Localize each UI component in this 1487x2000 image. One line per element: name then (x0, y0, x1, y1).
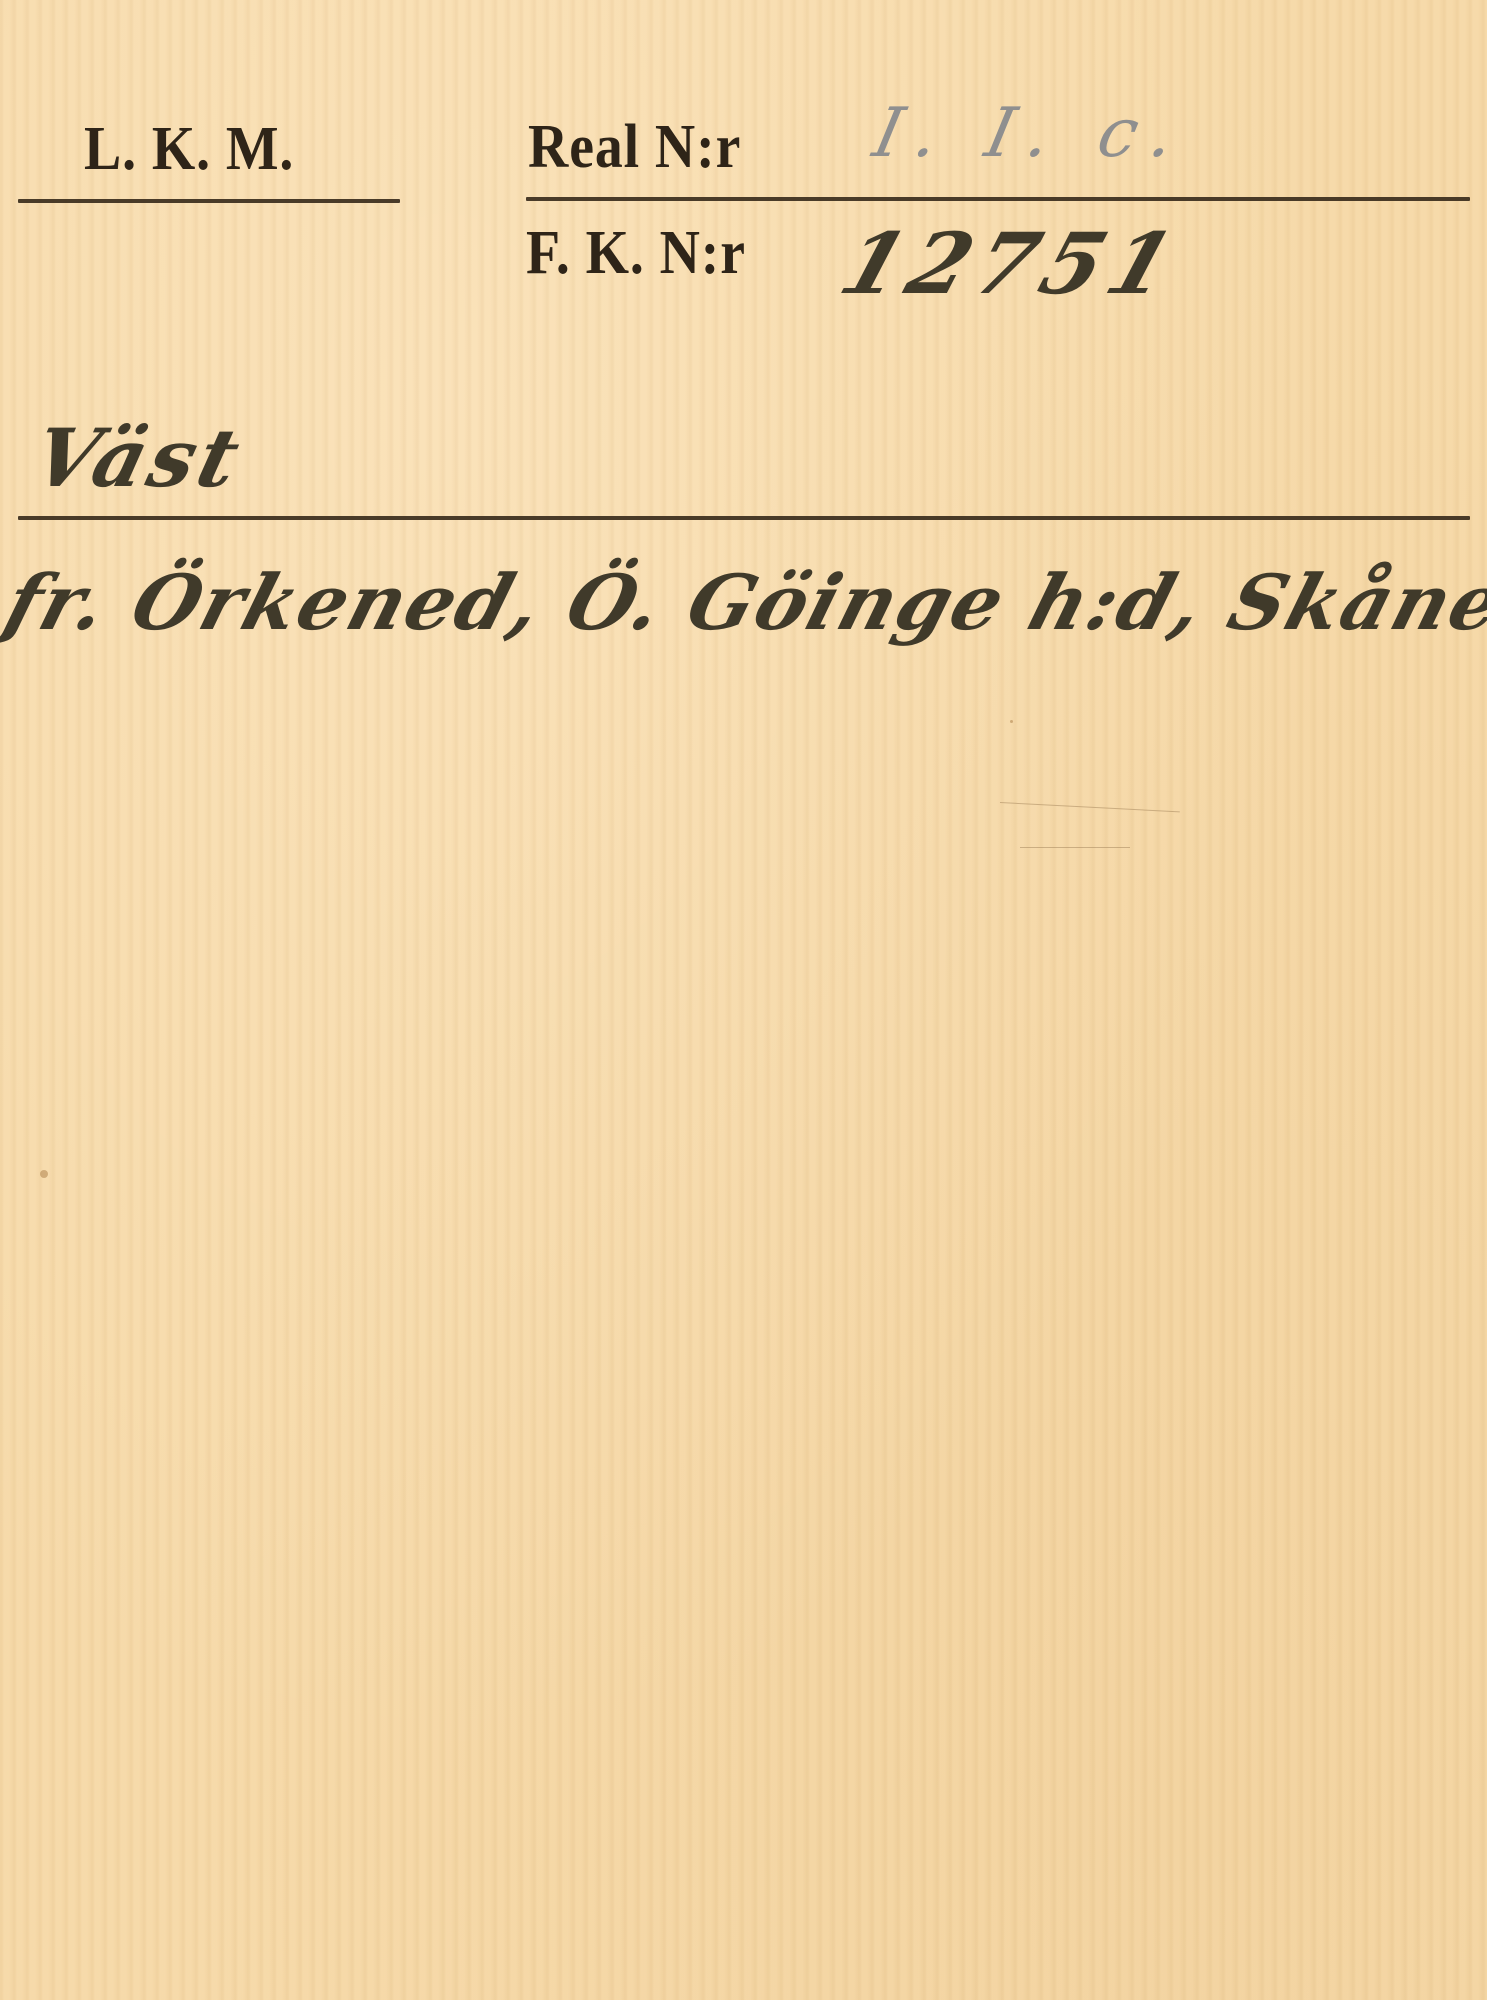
collection-rule (18, 199, 400, 203)
paper-scratch (1020, 847, 1130, 848)
header-rule (526, 197, 1470, 201)
fk-number-label: F. K. N:r (526, 222, 746, 284)
real-number-label: Real N:r (528, 116, 741, 178)
provenance-text: fr. Örkened, Ö. Göinge h:d, Skåne (0, 565, 1487, 641)
paper-scratch (1000, 802, 1180, 812)
title-rule (18, 516, 1470, 520)
fk-number-value: 12751 (831, 222, 1191, 306)
catalogue-card: L. K. M. Real N:r I. I. c. F. K. N:r 127… (0, 0, 1487, 2000)
paper-speck (1010, 720, 1013, 723)
collection-label: L. K. M. (84, 118, 294, 180)
object-title: Väst (26, 418, 251, 498)
real-number-value: I. I. c. (868, 100, 1194, 168)
paper-speck (40, 1170, 48, 1178)
